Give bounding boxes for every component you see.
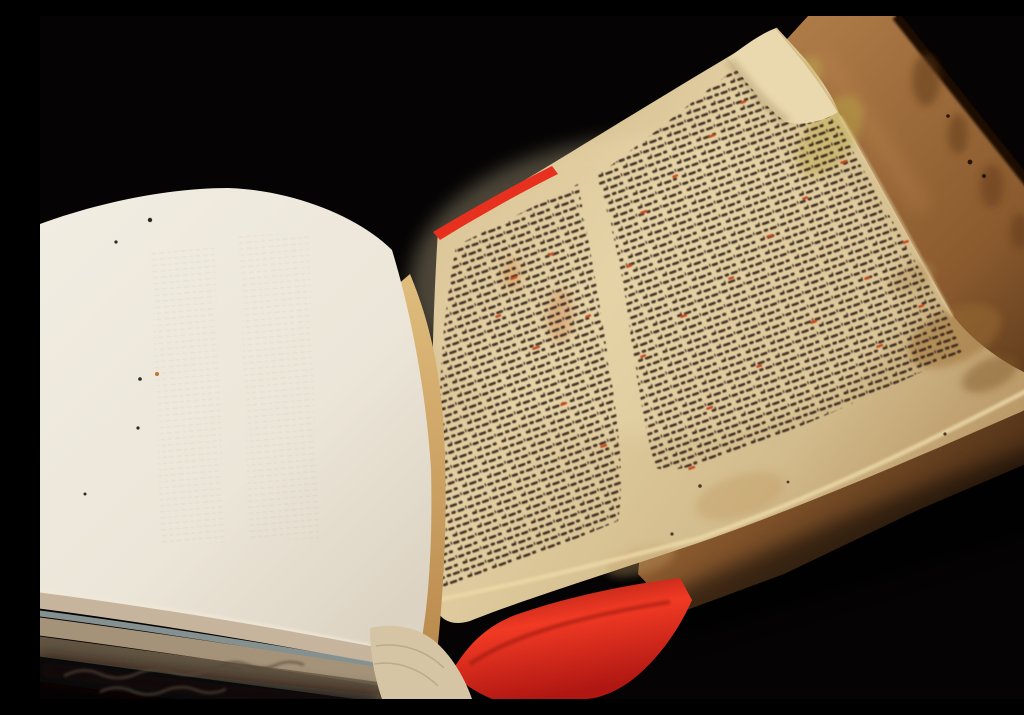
manuscript-photo: Close-up photograph of an open medieval … (40, 16, 1024, 699)
photo-canvas (40, 16, 1024, 699)
paper-top-page (40, 188, 431, 662)
paper-orange-speck (155, 372, 159, 376)
